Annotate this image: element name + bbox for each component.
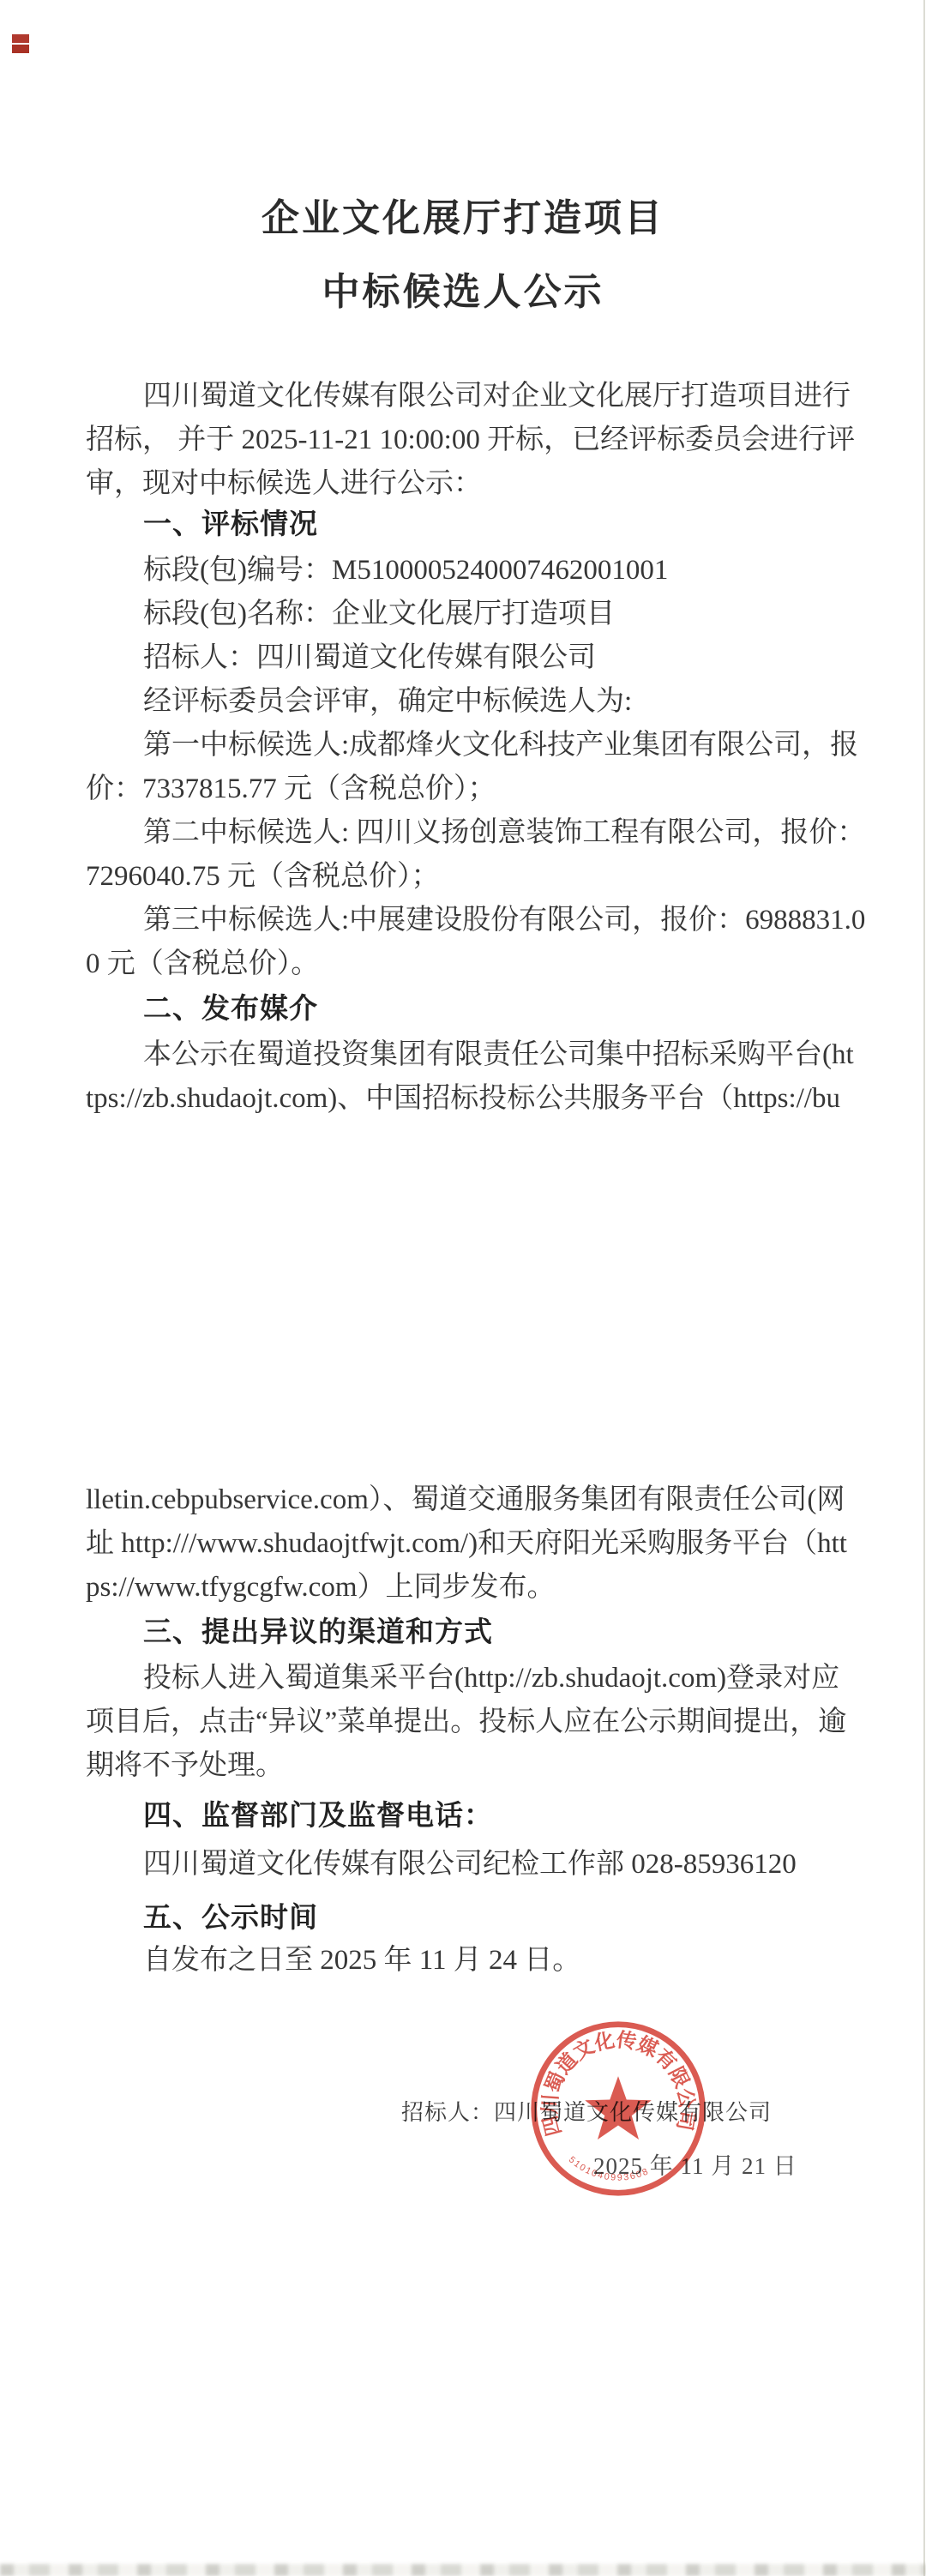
section-media-part1: 本公示在蜀道投资集团有限责任公司集中招标采购平台(ht tps://zb.shu… (86, 1033, 857, 1121)
seal-serial-text: 5101040993608 (567, 2154, 651, 2182)
media-line: ps://www.tfygcgfw.com）上同步发布。 (86, 1566, 857, 1610)
lot-number-line: 标段(包)编号：M5100005240007462001001 (86, 549, 857, 593)
announcement-page: 企业文化展厅打造项目 中标候选人公示 四川蜀道文化传媒有限公司对企业文化展厅打造… (0, 0, 926, 2576)
media-line: 址 http:///www.shudaojtfwjt.com/)和天府阳光采购服… (86, 1522, 857, 1566)
section-evaluation: 标段(包)编号：M5100005240007462001001 标段(包)名称：… (86, 549, 857, 724)
section-publicity-period: 自发布之日至 2025 年 11 月 24 日。 (86, 1939, 857, 1983)
section-supervision: 四川蜀道文化传媒有限公司纪检工作部 028-85936120 (86, 1843, 857, 1887)
objection-line: 项目后，点击“异议”菜单提出。投标人应在公示期间提出，逾 (86, 1700, 857, 1744)
bottom-scan-artifact (0, 2564, 926, 2576)
section-media-part2: lletin.cebpubservice.com）、蜀道交通服务集团有限责任公司… (86, 1478, 857, 1610)
publicity-period-line: 自发布之日至 2025 年 11 月 24 日。 (86, 1939, 857, 1983)
intro-line: 审，现对中标候选人进行公示： (86, 462, 857, 506)
intro-line: 招标， 并于 2025-11-21 10:00:00 开标，已经评标委员会进行评 (86, 418, 857, 462)
heading-objection: 三、提出异议的渠道和方式 (143, 1612, 857, 1652)
intro-line: 四川蜀道文化传媒有限公司对企业文化展厅打造项目进行 (86, 375, 857, 418)
candidate-2-line: 7296040.75 元（含税总价）； (86, 855, 857, 899)
page-edge-line (923, 0, 925, 2576)
candidates-paragraphs: 第一中标候选人:成都烽火文化科技产业集团有限公司，报 价：7337815.77 … (86, 724, 857, 986)
red-corner-mark (12, 34, 29, 53)
intro-paragraph: 四川蜀道文化传媒有限公司对企业文化展厅打造项目进行 招标， 并于 2025-11… (86, 375, 857, 506)
heading-evaluation: 一、评标情况 (143, 504, 857, 544)
document-title-line2: 中标候选人公示 (0, 261, 926, 316)
media-line: lletin.cebpubservice.com）、蜀道交通服务集团有限责任公司… (86, 1478, 857, 1522)
document-title-line1: 企业文化展厅打造项目 (0, 187, 926, 242)
candidate-3-line: 0 元（含税总价）。 (86, 942, 857, 986)
objection-line: 期将不予处理。 (86, 1744, 857, 1788)
lot-name-line: 标段(包)名称：企业文化展厅打造项目 (86, 593, 857, 636)
heading-supervision: 四、监督部门及监督电话： (143, 1796, 857, 1835)
section-objection: 投标人进入蜀道集采平台(http://zb.shudaojt.com)登录对应 … (86, 1657, 857, 1788)
company-seal: 四川蜀道文化传媒有限公司 5101040993608 (526, 2017, 710, 2200)
objection-line: 投标人进入蜀道集采平台(http://zb.shudaojt.com)登录对应 (86, 1657, 857, 1700)
supervision-contact-line: 四川蜀道文化传媒有限公司纪检工作部 028-85936120 (86, 1843, 857, 1887)
candidate-1-line: 第一中标候选人:成都烽火文化科技产业集团有限公司，报 (86, 724, 857, 767)
tenderee-line: 招标人：四川蜀道文化传媒有限公司 (86, 636, 857, 680)
star-icon (585, 2076, 652, 2140)
heading-media: 二、发布媒介 (143, 989, 857, 1028)
heading-publicity-period: 五、公示时间 (143, 1898, 857, 1937)
candidate-2-line: 第二中标候选人: 四川义扬创意装饰工程有限公司，报价： (86, 811, 857, 855)
candidate-1-line: 价：7337815.77 元（含税总价）； (86, 767, 857, 811)
media-line: 本公示在蜀道投资集团有限责任公司集中招标采购平台(ht (86, 1033, 857, 1077)
svg-text:5101040993608: 5101040993608 (567, 2154, 651, 2182)
committee-line: 经评标委员会评审，确定中标候选人为: (86, 680, 857, 724)
media-line: tps://zb.shudaojt.com)、中国招标投标公共服务平台（http… (86, 1077, 857, 1121)
candidate-3-line: 第三中标候选人:中展建设股份有限公司，报价：6988831.0 (86, 899, 857, 942)
